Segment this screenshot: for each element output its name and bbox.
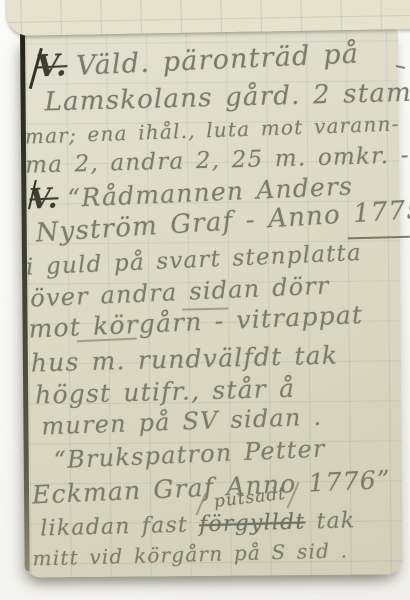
- pencil-margin-line: [348, 236, 410, 240]
- handwriting-line: mar; ena ihål., luta mot varann-: [25, 112, 400, 149]
- handwriting-line: muren på SV sidan .: [41, 403, 323, 441]
- handwriting-text: Lamskolans gård. 2 stam-: [44, 78, 410, 118]
- notebook-photo: V.Väld. päronträd på Lamskolans gård. 2 …: [0, 0, 410, 600]
- notebook-page: V.Väld. päronträd på Lamskolans gård. 2 …: [20, 28, 403, 577]
- handwriting-text: tak: [305, 508, 356, 534]
- handwriting-line: V.Väld. päronträd på: [36, 35, 360, 84]
- handwriting-text: hus m. rundvälfdt tak: [31, 341, 339, 378]
- handwriting-text: Väld. päronträd på: [76, 38, 360, 81]
- page-left-spine-edge: [20, 32, 30, 572]
- handwriting-text: mitt vid körgårn på S sid .: [32, 538, 348, 570]
- handwriting-line: Lamskolans gård. 2 stam-: [44, 78, 410, 118]
- handwriting-line: mitt vid körgårn på S sid .: [32, 538, 348, 570]
- handwriting-line: “Brukspatron Petter: [53, 435, 326, 475]
- handwriting-text: muren på SV sidan .: [41, 403, 323, 441]
- handwriting-text: mar; ena ihål., luta mot varann-: [25, 112, 400, 149]
- handwriting-line: hus m. rundvälfdt tak: [31, 341, 339, 378]
- handwriting-text: likadan fast: [40, 512, 199, 541]
- handwriting-text: “Brukspatron Petter: [53, 435, 326, 475]
- struck-out-word: förgylldt: [199, 510, 306, 538]
